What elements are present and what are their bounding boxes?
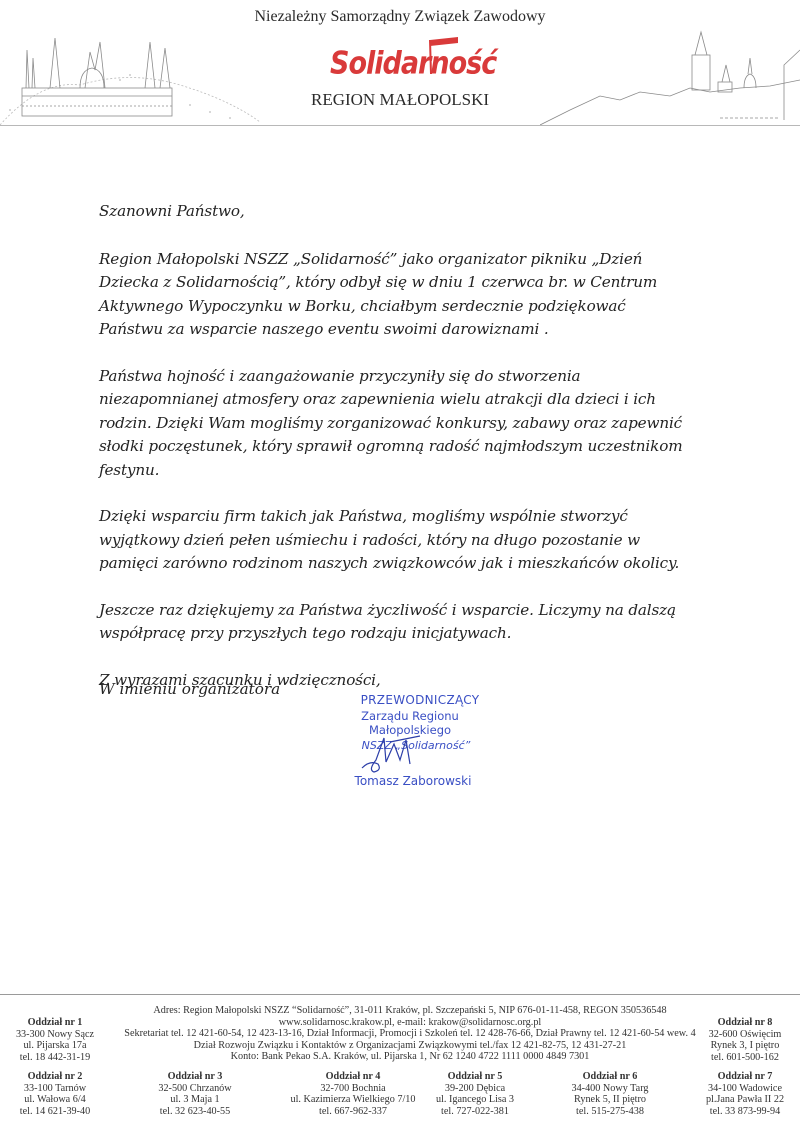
text-line: Dziecka z Solidarnością”, który odbył si… [99, 271, 739, 295]
branch-1: Oddział nr 1 33-300 Nowy Sącz ul. Pijars… [0, 1017, 110, 1063]
branch-name: Oddział nr 1 [0, 1017, 110, 1029]
solidarnosc-logo: Solidarność [330, 34, 470, 90]
branch-name: Oddział nr 6 [540, 1071, 680, 1083]
paragraph-support: Dzięki wsparciu firm takich jak Państwa,… [99, 505, 739, 576]
branch-phone: tel. 727-022-381 [400, 1106, 550, 1118]
branch-6: Oddział nr 6 34-400 Nowy Targ Rynek 5, I… [540, 1071, 680, 1117]
header-divider [0, 125, 800, 126]
branch-city: 34-100 Wadowice [690, 1083, 800, 1095]
contact-department: Dział Rozwoju Związku i Kontaktów z Orga… [100, 1040, 720, 1052]
branch-phone: tel. 601-500-162 [690, 1052, 800, 1064]
text-line: festynu. [99, 459, 739, 483]
salutation: Szanowni Państwo, [99, 200, 739, 224]
paragraph-generosity: Państwa hojność i zaangażowanie przyczyn… [99, 365, 739, 483]
paragraph-closing-thanks: Jeszcze raz dziękujemy za Państwa życzli… [99, 599, 739, 646]
branch-street: pl.Jana Pawła II 22 [690, 1094, 800, 1106]
branch-city: 33-300 Nowy Sącz [0, 1029, 110, 1041]
text-line: wyjątkowy dzień pełen uśmiechu i radości… [99, 529, 739, 553]
paragraph-thanks: Region Małopolski NSZZ „Solidarność” jak… [99, 248, 739, 342]
branch-phone: tel. 515-275-438 [540, 1106, 680, 1118]
branch-name: Oddział nr 7 [690, 1071, 800, 1083]
text-line: Jeszcze raz dziękujemy za Państwa życzli… [99, 599, 739, 623]
headquarters-address: Adres: Region Małopolski NSZZ “Solidarno… [100, 1005, 720, 1063]
text-line: słodki poczęstunek, który sprawił ogromn… [99, 435, 739, 459]
contact-web-email: www.solidarnosc.krakow.pl, e-mail: krako… [100, 1017, 720, 1029]
branch-name: Oddział nr 2 [0, 1071, 110, 1083]
branch-street: Rynek 3, I piętro [690, 1040, 800, 1052]
branch-3: Oddział nr 3 32-500 Chrzanów ul. 3 Maja … [130, 1071, 260, 1117]
branch-name: Oddział nr 3 [130, 1071, 260, 1083]
text-line: współpracę przy przyszłych tego rodzaju … [99, 622, 739, 646]
text-line: Dzięki wsparciu firm takich jak Państwa,… [99, 505, 739, 529]
on-behalf-label: W imieniu organizatora [99, 680, 280, 698]
branch-name: Oddział nr 8 [690, 1017, 800, 1029]
branch-street: Rynek 5, II piętro [540, 1094, 680, 1106]
union-full-name: Niezależny Samorządny Związek Zawodowy [0, 8, 800, 26]
text-line: Region Małopolski NSZZ „Solidarność” jak… [99, 248, 739, 272]
text-line: Państwa hojność i zaangażowanie przyczyn… [99, 365, 739, 389]
footer-divider [0, 994, 800, 995]
branch-phone: tel. 32 623-40-55 [130, 1106, 260, 1118]
branch-phone: tel. 18 442-31-19 [0, 1052, 110, 1064]
address-line: Adres: Region Małopolski NSZZ “Solidarno… [100, 1005, 720, 1017]
branch-city: 39-200 Dębica [400, 1083, 550, 1095]
text-line: rodzin. Dzięki Wam mogliśmy zorganizować… [99, 412, 739, 436]
bank-account: Konto: Bank Pekao S.A. Kraków, ul. Pijar… [100, 1051, 720, 1063]
letter-body: Szanowni Państwo, Region Małopolski NSZZ… [99, 200, 739, 692]
branch-street: ul. 3 Maja 1 [130, 1094, 260, 1106]
contact-phones: Sekretariat tel. 12 421-60-54, 12 423-13… [100, 1028, 720, 1040]
branch-street: ul. Pijarska 17a [0, 1040, 110, 1052]
text-line: Państwu za wsparcie naszego eventu swoim… [99, 318, 739, 342]
stamp-title: PRZEWODNICZĄCY [350, 693, 490, 707]
letterhead: Niezależny Samorządny Związek Zawodowy S… [0, 0, 800, 130]
branch-city: 32-600 Oświęcim [690, 1029, 800, 1041]
wawel-sketch-icon [540, 30, 800, 130]
text-line: niezapomnianej atmosfery oraz zapewnieni… [99, 388, 739, 412]
branch-5: Oddział nr 5 39-200 Dębica ul. Igancego … [400, 1071, 550, 1117]
branch-street: ul. Wałowa 6/4 [0, 1094, 110, 1106]
branch-phone: tel. 33 873-99-94 [690, 1106, 800, 1118]
branch-2: Oddział nr 2 33-100 Tarnów ul. Wałowa 6/… [0, 1071, 110, 1117]
branch-8: Oddział nr 8 32-600 Oświęcim Rynek 3, I … [690, 1017, 800, 1063]
branch-7: Oddział nr 7 34-100 Wadowice pl.Jana Paw… [690, 1071, 800, 1117]
branch-name: Oddział nr 5 [400, 1071, 550, 1083]
branch-city: 32-500 Chrzanów [130, 1083, 260, 1095]
signature-icon [360, 730, 440, 775]
branch-city: 33-100 Tarnów [0, 1083, 110, 1095]
branch-street: ul. Igancego Lisa 3 [400, 1094, 550, 1106]
branch-phone: tel. 14 621-39-40 [0, 1106, 110, 1118]
stamp-signatory-name: Tomasz Zaborowski [336, 774, 490, 788]
branch-city: 34-400 Nowy Targ [540, 1083, 680, 1095]
text-line: Aktywnego Wypoczynku w Borku, chciałbym … [99, 295, 739, 319]
castle-sketch-icon [0, 30, 260, 130]
text-line: pamięci zarówno rodzinom naszych związko… [99, 552, 739, 576]
logo-wordmark: Solidarność [330, 46, 470, 82]
